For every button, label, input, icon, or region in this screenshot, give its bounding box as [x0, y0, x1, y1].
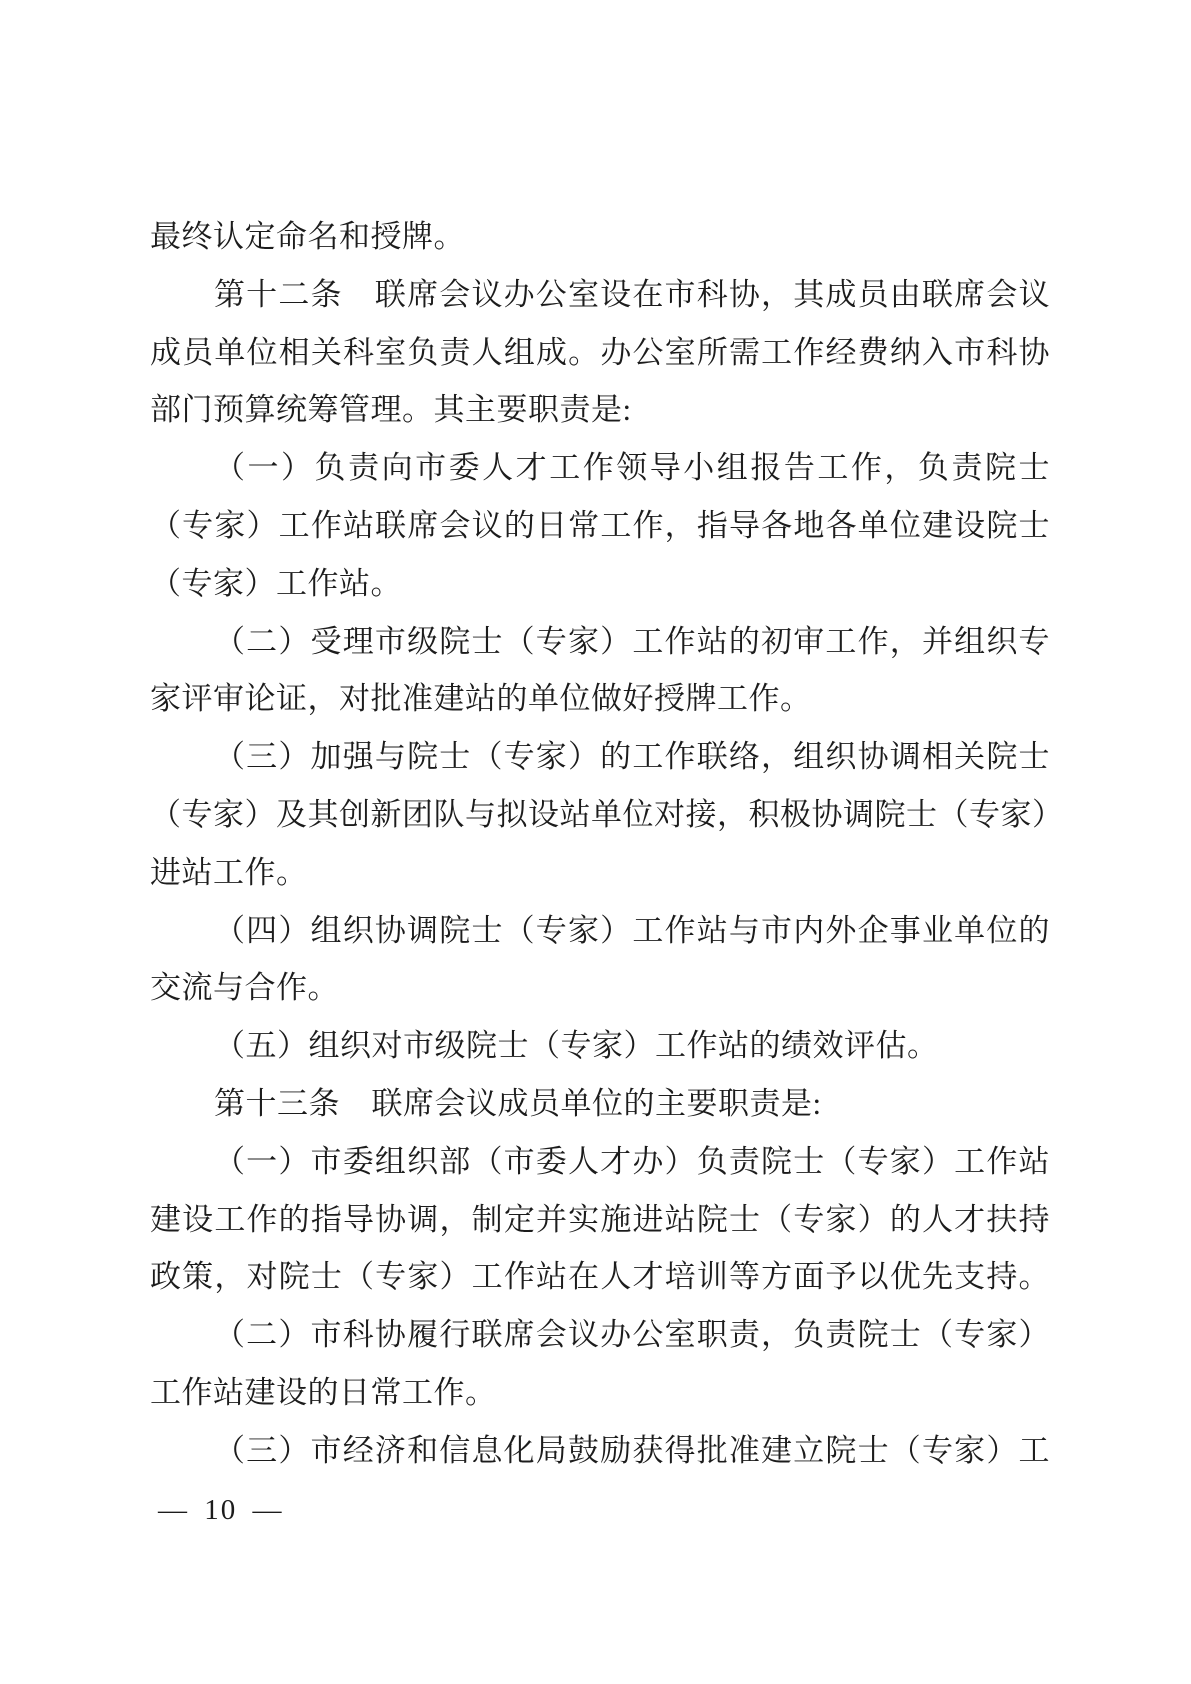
text-line: 家评审论证，对批准建站的单位做好授牌工作。 — [150, 670, 1050, 728]
text-line: （专家）工作站。 — [150, 555, 1050, 613]
text-line: 建设工作的指导协调，制定并实施进站院士（专家）的人才扶持 — [150, 1191, 1050, 1249]
text-line: 部门预算统筹管理。其主要职责是: — [150, 381, 1050, 439]
text-line: （专家）工作站联席会议的日常工作，指导各地各单位建设院士 — [150, 497, 1050, 555]
text-line: （四）组织协调院士（专家）工作站与市内外企事业单位的 — [150, 902, 1050, 960]
text-line: 最终认定命名和授牌。 — [150, 208, 1050, 266]
document-body-text: 最终认定命名和授牌。 第十二条 联席会议办公室设在市科协，其成员由联席会议 成员… — [150, 208, 1050, 1480]
text-line: 政策，对院士（专家）工作站在人才培训等方面予以优先支持。 — [150, 1248, 1050, 1306]
text-line: （三）加强与院士（专家）的工作联络，组织协调相关院士 — [150, 728, 1050, 786]
text-line: 第十三条 联席会议成员单位的主要职责是: — [150, 1075, 1050, 1133]
text-line: （一）负责向市委人才工作领导小组报告工作，负责院士 — [150, 439, 1050, 497]
text-line: （专家）及其创新团队与拟设站单位对接，积极协调院士（专家） — [150, 786, 1050, 844]
text-line: （二）市科协履行联席会议办公室职责，负责院士（专家） — [150, 1306, 1050, 1364]
text-line: （一）市委组织部（市委人才办）负责院士（专家）工作站 — [150, 1133, 1050, 1191]
text-line: 进站工作。 — [150, 844, 1050, 902]
text-line: 成员单位相关科室负责人组成。办公室所需工作经费纳入市科协 — [150, 324, 1050, 382]
text-line: （二）受理市级院士（专家）工作站的初审工作，并组织专 — [150, 613, 1050, 671]
page-number-footer: — 10 — — [158, 1494, 284, 1527]
text-line: 交流与合作。 — [150, 959, 1050, 1017]
text-line: （三）市经济和信息化局鼓励获得批准建立院士（专家）工 — [150, 1422, 1050, 1480]
text-line: 工作站建设的日常工作。 — [150, 1364, 1050, 1422]
document-page: 最终认定命名和授牌。 第十二条 联席会议办公室设在市科协，其成员由联席会议 成员… — [0, 0, 1191, 1684]
text-line: 第十二条 联席会议办公室设在市科协，其成员由联席会议 — [150, 266, 1050, 324]
text-line: （五）组织对市级院士（专家）工作站的绩效评估。 — [150, 1017, 1050, 1075]
